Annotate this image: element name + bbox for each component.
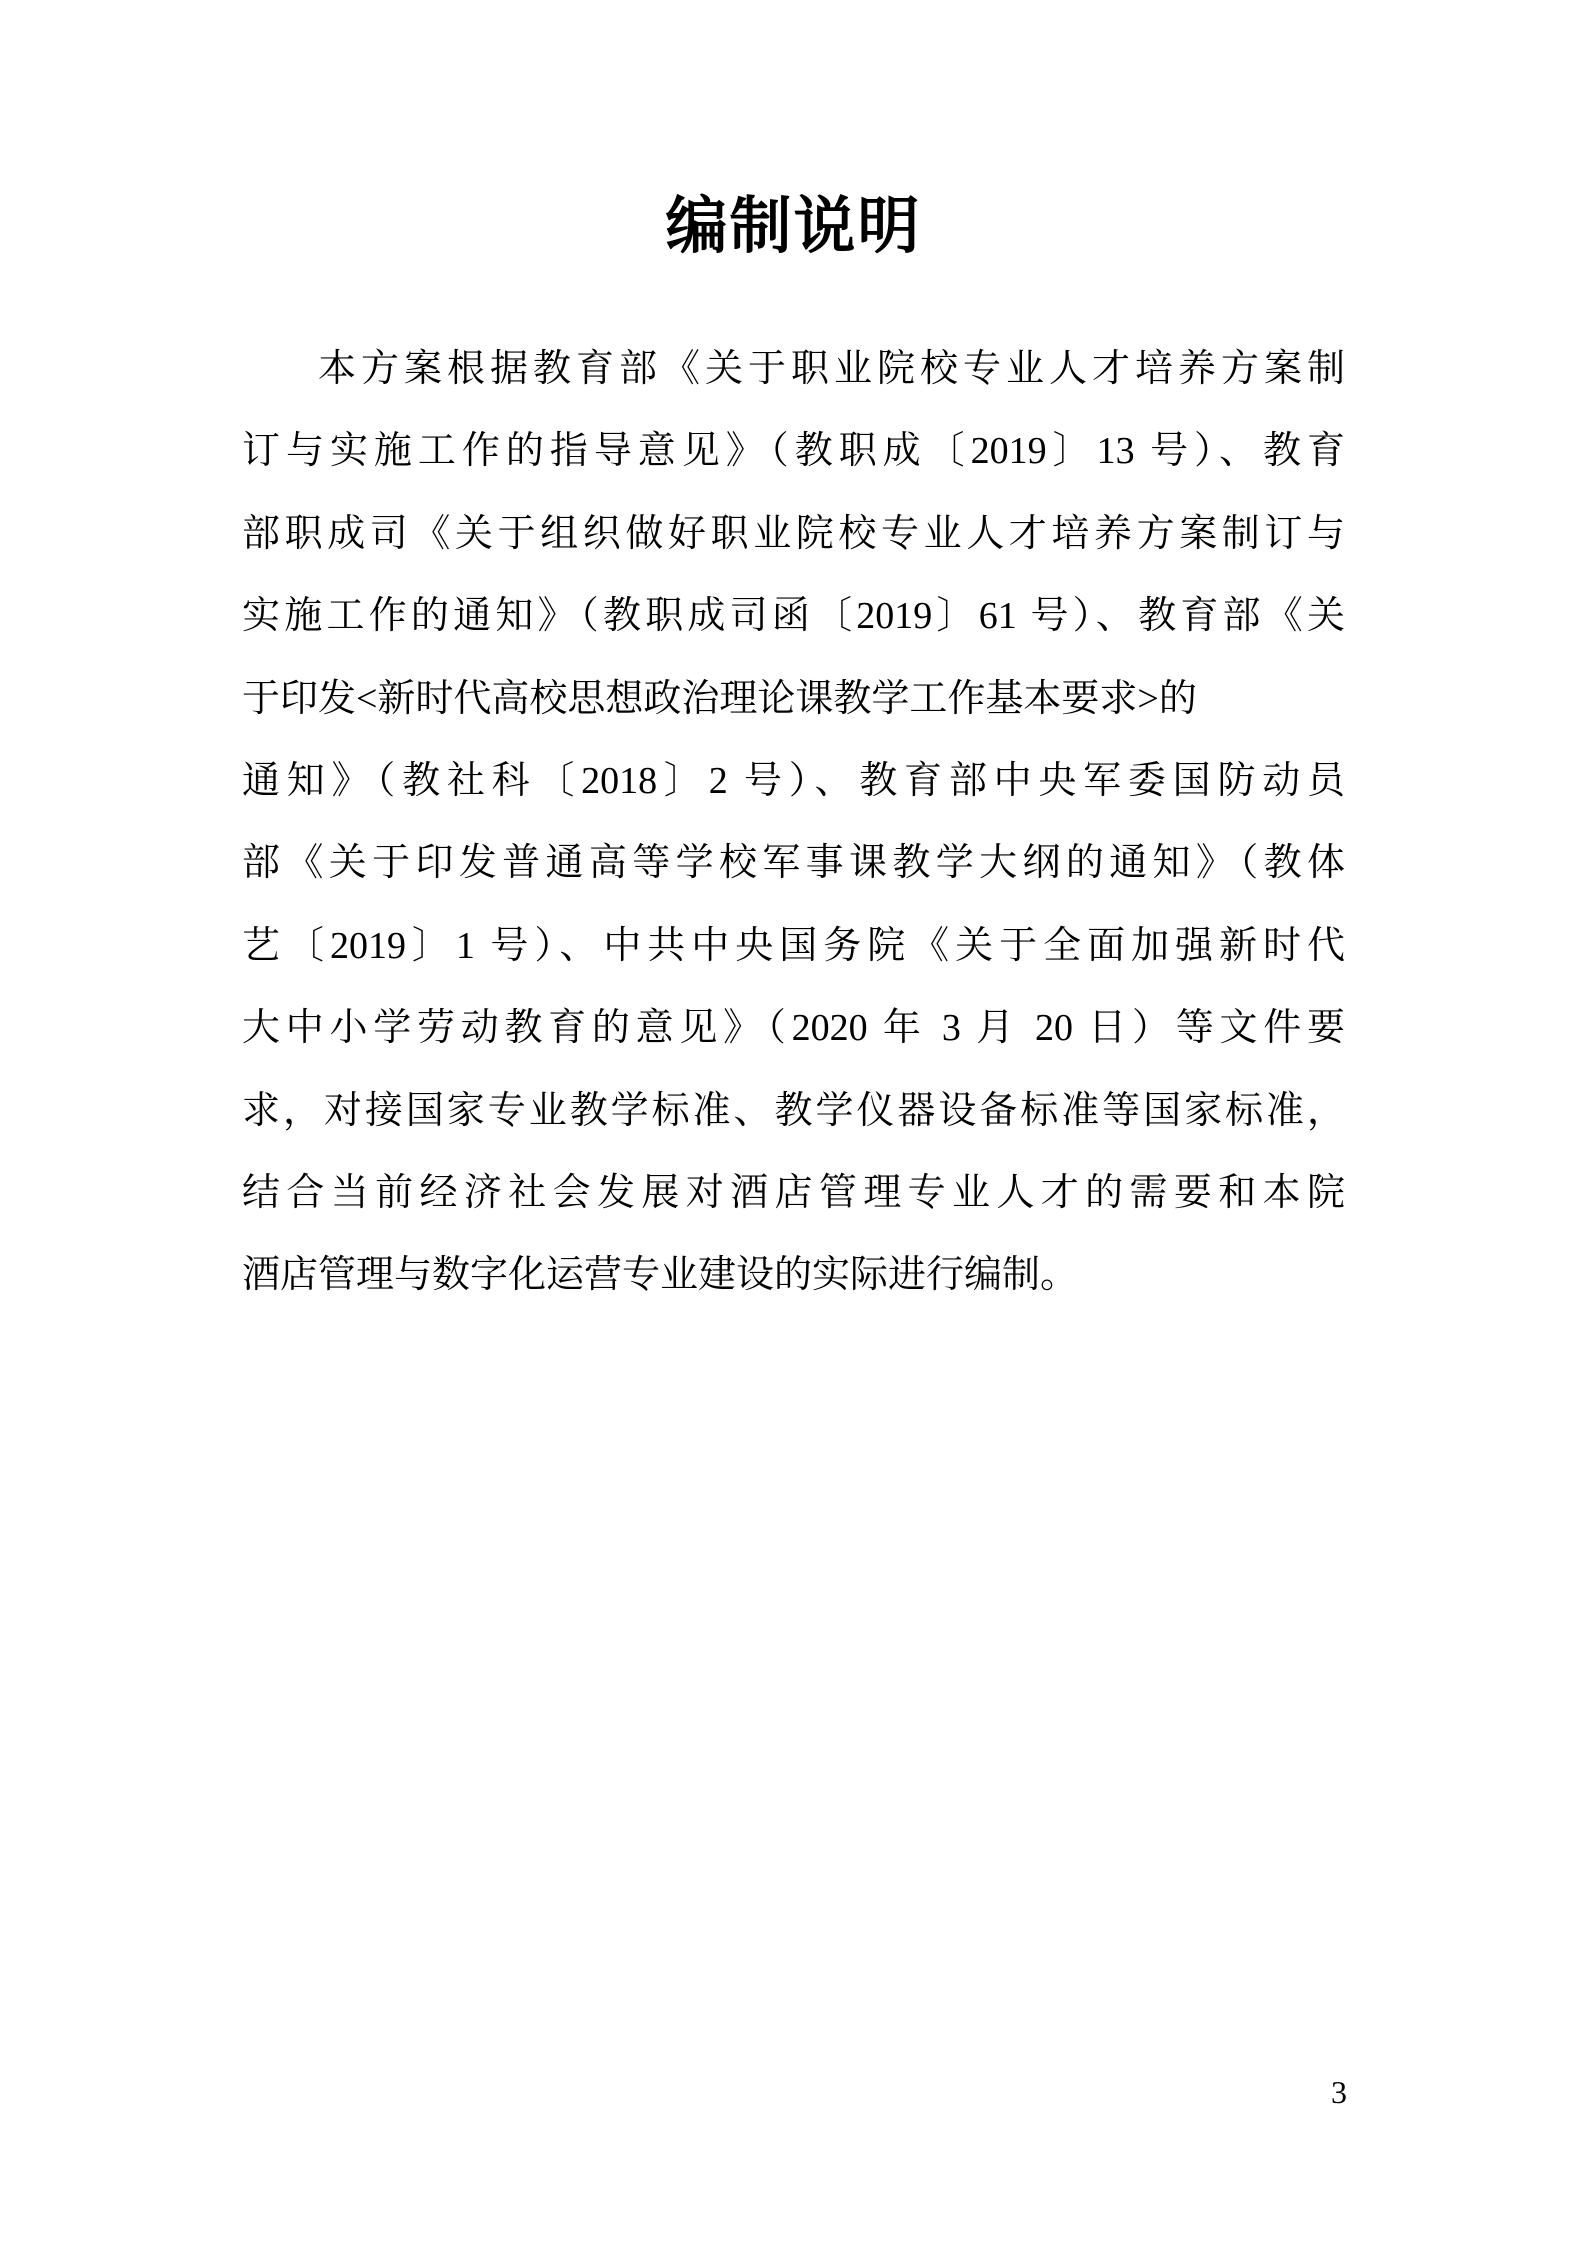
body-line: 通知》（教社科〔2018〕2 号）、教育部中央军委国防动员 <box>242 740 1345 822</box>
body-line: 实施工作的通知》（教职成司函〔2019〕61 号）、教育部《关 <box>242 575 1345 657</box>
body-paragraph: 本方案根据教育部《关于职业院校专业人才培养方案制 订与实施工作的指导意见》（教职… <box>242 328 1345 1317</box>
body-line: 酒店管理与数字化运营专业建设的实际进行编制。 <box>242 1234 1345 1316</box>
body-line: 结合当前经济社会发展对酒店管理专业人才的需要和本院 <box>242 1152 1345 1234</box>
body-line: 部《关于印发普通高等学校军事课教学大纲的通知》（教体 <box>242 822 1345 904</box>
body-line: 大中小学劳动教育的意见》（2020 年 3 月 20 日）等文件要 <box>242 987 1345 1069</box>
body-line: 本方案根据教育部《关于职业院校专业人才培养方案制 <box>242 328 1345 410</box>
body-line: 订与实施工作的指导意见》（教职成〔2019〕13 号）、教育 <box>242 410 1345 492</box>
document-page: 编制说明 本方案根据教育部《关于职业院校专业人才培养方案制 订与实施工作的指导意… <box>0 0 1587 2245</box>
page-number: 3 <box>1331 2074 1347 2110</box>
document-title: 编制说明 <box>0 192 1587 262</box>
body-line: 于印发<新时代高校思想政治理论课教学工作基本要求>的 <box>242 658 1345 740</box>
body-line: 部职成司《关于组织做好职业院校专业人才培养方案制订与 <box>242 493 1345 575</box>
body-line: 艺〔2019〕1 号）、中共中央国务院《关于全面加强新时代 <box>242 905 1345 987</box>
body-line: 求，对接国家专业教学标准、教学仪器设备标准等国家标准， <box>242 1070 1345 1152</box>
